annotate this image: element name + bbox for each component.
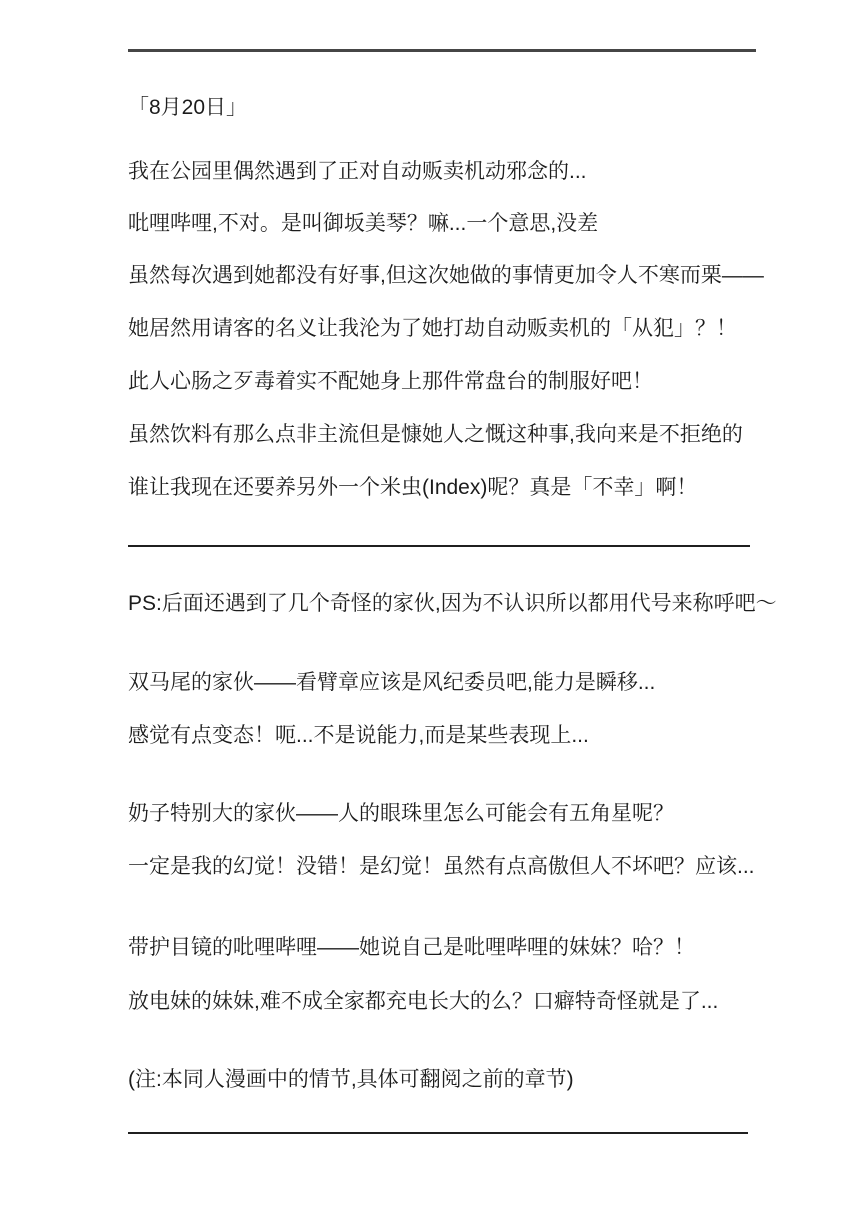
ps-group-busty-line2: 一定是我的幻觉！没错！是幻觉！虽然有点高傲但人不坏吧？应该... — [128, 854, 755, 880]
diary-paragraph-5: 此人心肠之歹毒着实不配她身上那件常盘台的制服好吧！ — [128, 369, 653, 395]
date-heading: 「8月20日」 — [128, 95, 247, 121]
diary-page: 「8月20日」 我在公园里偶然遇到了正对自动贩卖机动邪念的... 吡哩哔哩,不对… — [0, 0, 868, 1227]
diary-paragraph-7: 谁让我现在还要养另外一个米虫(Index)呢？真是「不幸」啊！ — [128, 475, 697, 501]
diary-paragraph-3: 虽然每次遇到她都没有好事,但这次她做的事情更加令人不寒而栗—— — [128, 263, 764, 289]
bottom-divider — [128, 1132, 748, 1134]
diary-paragraph-4: 她居然用请客的名义让我沦为了她打劫自动贩卖机的「从犯」？！ — [128, 316, 737, 342]
top-divider — [128, 49, 756, 52]
middle-divider — [128, 545, 750, 547]
diary-paragraph-1: 我在公园里偶然遇到了正对自动贩卖机动邪念的... — [128, 159, 587, 185]
ps-group-twintails-line2: 感觉有点变态！呃...不是说能力,而是某些表现上... — [128, 723, 589, 749]
diary-paragraph-2: 吡哩哔哩,不对。是叫御坂美琴？嘛...一个意思,没差 — [128, 211, 598, 237]
ps-group-twintails-line1: 双马尾的家伙——看臂章应该是风纪委员吧,能力是瞬移... — [128, 670, 655, 696]
ps-group-goggles-line1: 带护目镜的吡哩哔哩——她说自己是吡哩哔哩的妹妹？哈？！ — [128, 935, 695, 961]
diary-paragraph-6: 虽然饮料有那么点非主流但是慷她人之慨这种事,我向来是不拒绝的 — [128, 422, 743, 448]
ps-group-busty-line1: 奶子特别大的家伙——人的眼珠里怎么可能会有五角星呢？ — [128, 801, 674, 827]
footnote: (注:本同人漫画中的情节,具体可翻阅之前的章节) — [128, 1067, 574, 1093]
ps-group-goggles-line2: 放电妹的妹妹,难不成全家都充电长大的么？口癖特奇怪就是了... — [128, 989, 718, 1015]
ps-intro: PS:后面还遇到了几个奇怪的家伙,因为不认识所以都用代号来称呼吧～ — [128, 591, 777, 617]
